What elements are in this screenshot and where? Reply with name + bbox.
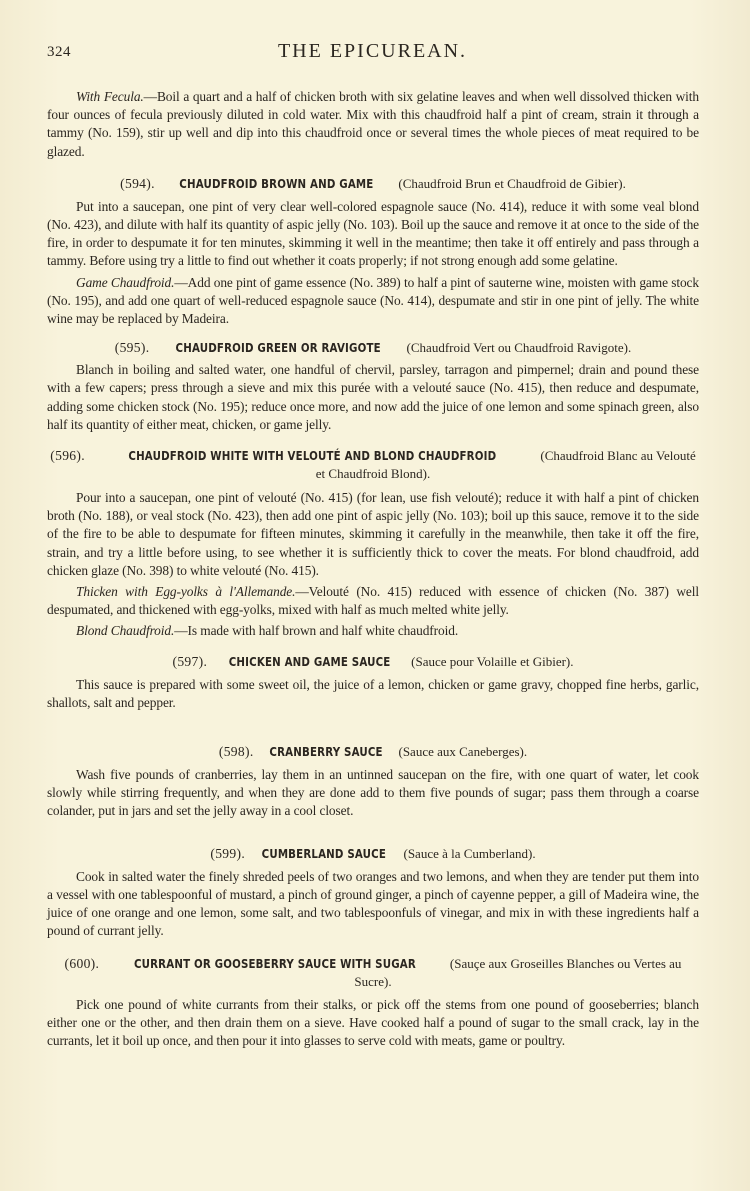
recipe-paragraph: Game Chaudfroid.—Add one pint of game es… [47,274,699,329]
recipe-heading-596: (596). CHAUDFROID WHITE WITH VELOUTÉ AND… [47,447,699,483]
recipe-paragraph: Pour into a saucepan, one pint of velout… [47,489,699,580]
paragraph-lead: With Fecula. [76,89,144,104]
recipe-paragraph: Pick one pound of white currants from th… [47,996,699,1051]
running-head: 324 THE EPICUREAN. [47,40,698,70]
recipe-french-title: (Chaudfroid Vert ou Chaudfroid Ravigote)… [407,340,632,355]
paragraph-text: This sauce is prepared with some sweet o… [47,677,699,710]
book-title: THE EPICUREAN. [47,40,698,63]
recipe-number: (595). [115,340,150,355]
recipe-title: CURRANT OR GOOSEBERRY SAUCE WITH SUGAR [134,955,416,973]
paragraph-text: Put into a saucepan, one pint of very cl… [47,199,699,269]
recipe-number: (594). [120,176,155,191]
recipe-heading-599: (599). CUMBERLAND SAUCE (Sauce à la Cumb… [47,845,699,863]
recipe-title: CUMBERLAND SAUCE [262,845,386,863]
recipe-number: (600). [65,956,100,971]
book-page: 324 THE EPICUREAN. With Fecula.—Boil a q… [0,0,750,1191]
recipe-title: CRANBERRY SAUCE [269,743,382,761]
recipe-heading-594: (594). CHAUDFROID BROWN AND GAME (Chaudf… [47,175,699,193]
recipe-heading-600: (600). CURRANT OR GOOSEBERRY SAUCE WITH … [47,955,699,991]
recipe-french-title: (Sauce à la Cumberland). [403,846,535,861]
paragraph-lead: Game Chaudfroid. [76,275,174,290]
recipe-french-title: (Sauce pour Volaille et Gibier). [411,654,573,669]
recipe-number: (596). [50,448,85,463]
recipe-title: CHAUDFROID WHITE WITH VELOUTÉ AND BLOND … [129,447,497,465]
recipe-heading-598: (598). CRANBERRY SAUCE (Sauce aux Canebe… [47,743,699,761]
recipe-paragraph: Wash five pounds of cranberries, lay the… [47,766,699,821]
recipe-number: (598). [219,744,254,759]
paragraph-lead: Blond Chaudfroid. [76,623,174,638]
recipe-heading-597: (597). CHICKEN AND GAME SAUCE (Sauce pou… [47,653,699,671]
recipe-paragraph: Blanch in boiling and salted water, one … [47,361,699,434]
recipe-heading-595: (595). CHAUDFROID GREEN OR RAVIGOTE (Cha… [47,339,699,357]
paragraph-text: —Boil a quart and a half of chicken brot… [47,89,699,159]
paragraph-text: Cook in salted water the finely shreded … [47,869,699,939]
recipe-paragraph: Blond Chaudfroid.—Is made with half brow… [47,622,699,640]
page-content: With Fecula.—Boil a quart and a half of … [47,88,699,1050]
recipe-paragraph: This sauce is prepared with some sweet o… [47,676,699,712]
paragraph-text: Blanch in boiling and salted water, one … [47,362,699,432]
recipe-paragraph: Cook in salted water the finely shreded … [47,868,699,941]
recipe-french-title: (Chaudfroid Brun et Chaudfroid de Gibier… [398,176,625,191]
paragraph-text: —Is made with half brown and half white … [174,623,458,638]
recipe-french-title: (Sauce aux Caneberges). [398,744,527,759]
recipe-paragraph: Thicken with Egg-yolks à l'Allemande.—Ve… [47,583,699,619]
recipe-title: CHAUDFROID BROWN AND GAME [180,175,374,193]
intro-paragraph: With Fecula.—Boil a quart and a half of … [47,88,699,161]
paragraph-lead: Thicken with Egg-yolks à l'Allemande. [76,584,295,599]
recipe-title: CHICKEN AND GAME SAUCE [228,653,390,671]
paragraph-text: Wash five pounds of cranberries, lay the… [47,767,699,818]
recipe-number: (597). [173,654,208,669]
paragraph-text: Pour into a saucepan, one pint of velout… [47,490,699,578]
recipe-paragraph: Put into a saucepan, one pint of very cl… [47,198,699,271]
recipe-title: CHAUDFROID GREEN OR RAVIGOTE [175,339,380,357]
recipe-number: (599). [210,846,245,861]
paragraph-text: Pick one pound of white currants from th… [47,997,699,1048]
